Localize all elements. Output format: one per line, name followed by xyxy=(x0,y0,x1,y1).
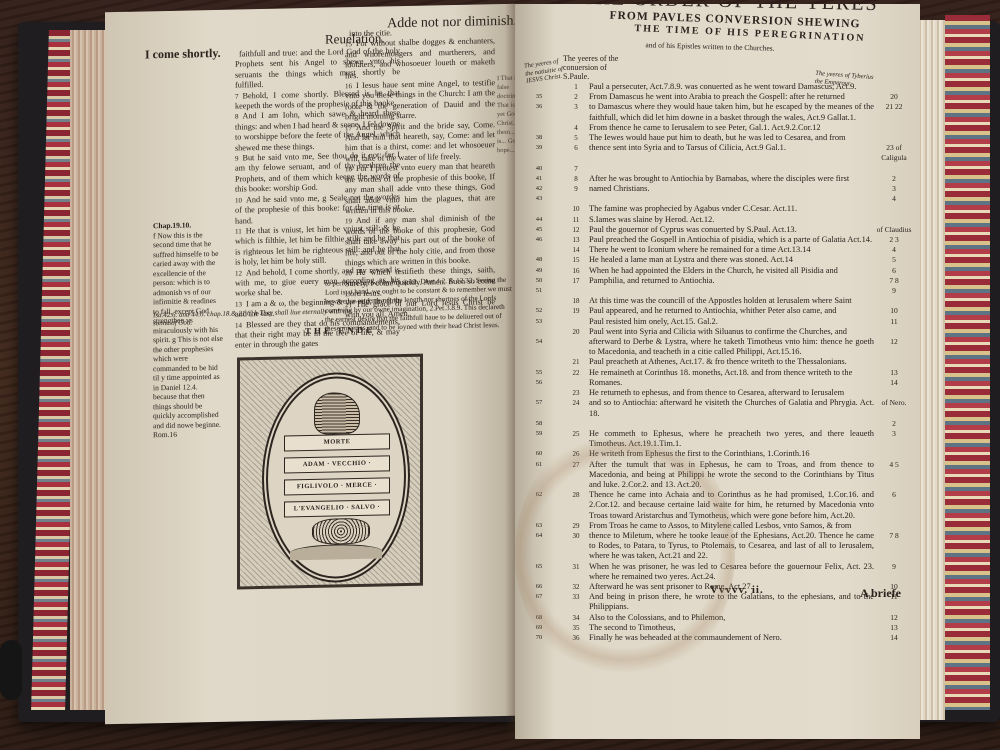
woodcut-ribbon: ADAM · VECCHIO · xyxy=(284,455,390,473)
year-of-christ: 41 xyxy=(515,174,563,184)
table-row: 4From thence he came to Ierusalem to see… xyxy=(515,123,915,133)
column-header-christ-years: The yeeres of the natiuitie of IESVS Chr… xyxy=(524,57,567,85)
year-of-emperor xyxy=(874,204,914,214)
year-of-conversion: 2 xyxy=(563,92,589,102)
event-text: There he went to Iconium where he remain… xyxy=(589,245,874,255)
year-of-christ: 56 xyxy=(515,378,563,388)
year-of-conversion: 14 xyxy=(563,245,589,255)
year-of-emperor: 13 xyxy=(874,623,914,633)
year-of-emperor: 14 xyxy=(874,633,914,643)
verse: 18For I protest vnto euery man that hear… xyxy=(345,161,495,216)
event-text: named Christians. xyxy=(589,184,874,194)
catchword: A briefe xyxy=(860,586,901,601)
year-of-christ: 58 xyxy=(515,419,563,429)
table-row: 4916When he had appointed the Elders in … xyxy=(515,266,915,276)
woodcut-ribbon: L'EVANGELIO · SALVO · xyxy=(284,499,390,517)
right-page: THE ORDER OF THE YERES FROM PAVLES CONVE… xyxy=(515,4,920,739)
year-of-conversion: 9 xyxy=(563,184,589,194)
year-of-conversion xyxy=(563,286,589,296)
year-of-emperor: 7 8 xyxy=(874,531,914,562)
year-of-emperor: 13 xyxy=(874,368,914,378)
event-text: and so to Antiochia: afterward he visite… xyxy=(589,398,874,418)
year-of-christ xyxy=(515,123,563,133)
event-text: He returneth to ephesus, and from thence… xyxy=(589,388,874,398)
object-corner xyxy=(0,640,22,700)
year-of-christ: 45 xyxy=(515,225,563,235)
year-of-emperor: 3 xyxy=(874,184,914,194)
year-of-christ: 38 xyxy=(515,133,563,143)
page-subtitle-3: and of his Epistles written to the Churc… xyxy=(610,39,810,53)
year-of-emperor: of Nero. xyxy=(874,398,914,418)
left-page: I come shortly. Reuelation. Adde not nor… xyxy=(105,4,515,725)
year-of-christ: 57 xyxy=(515,398,563,418)
year-of-emperor: 12 xyxy=(874,613,914,623)
year-of-christ: 39 xyxy=(515,143,563,163)
year-of-conversion: 12 xyxy=(563,225,589,235)
year-of-emperor xyxy=(874,327,914,337)
table-row: 385The Iewes would haue put him to death… xyxy=(515,133,915,143)
table-row: 5017Pamphilia, and returned to Antiochia… xyxy=(515,276,915,286)
woodcut-ribbon: MORTE xyxy=(284,433,390,451)
lamb-icon xyxy=(312,518,370,545)
year-of-emperor: 12 xyxy=(874,337,914,357)
event-text: thence sent into Syria and to Tarsus of … xyxy=(589,143,874,163)
year-of-christ: 48 xyxy=(515,255,563,265)
year-of-christ: 42 xyxy=(515,184,563,194)
year-of-conversion xyxy=(563,378,589,388)
year-of-conversion: 22 xyxy=(563,368,589,378)
year-of-christ xyxy=(515,82,563,92)
event-text: Paul appeared, and he returned to Antioc… xyxy=(589,306,874,316)
year-of-conversion xyxy=(563,337,589,357)
year-of-emperor: 2 xyxy=(874,419,914,429)
year-of-christ: 53 xyxy=(515,317,563,327)
year-of-conversion: 1 xyxy=(563,82,589,92)
margin-note-text: f Now this is the second time that he su… xyxy=(153,229,223,439)
table-row: 434 xyxy=(515,194,915,204)
year-of-christ xyxy=(515,204,563,214)
year-of-conversion xyxy=(563,194,589,204)
year-of-christ: 54 xyxy=(515,337,563,357)
table-row: 53Paul resisted him onely, Act.15. Gal.2… xyxy=(515,317,915,327)
year-of-conversion: 18 xyxy=(563,296,589,306)
year-of-emperor: 4 xyxy=(874,245,914,255)
year-of-emperor: 4 5 xyxy=(874,460,914,491)
event-text: At this time was the councill of the App… xyxy=(589,296,874,306)
table-row: 4512Paul the gouernor of Cyprus was conu… xyxy=(515,225,915,235)
ground-mound xyxy=(290,543,382,560)
year-of-conversion: 6 xyxy=(563,143,589,163)
woodcut-oval-frame: MORTE ADAM · VECCHIO · FIGLIVOLO · MERCE… xyxy=(262,371,410,584)
table-row: 4815He healed a lame man at Lystra and t… xyxy=(515,255,915,265)
verse: 17And the Spirit and the bride say, Come… xyxy=(345,120,495,165)
event-text: Romanes. xyxy=(589,378,874,388)
woodcut-ribbon: FIGLIVOLO · MERCE · xyxy=(284,477,390,495)
margin-note: Chap.19.10. f Now this is the second tim… xyxy=(153,220,223,440)
year-of-emperor: 3 xyxy=(874,429,914,449)
table-row: 5724and so to Antiochia: afterward he vi… xyxy=(515,398,915,418)
table-row: 418After he was brought to Antiochia by … xyxy=(515,174,915,184)
year-of-emperor xyxy=(874,449,914,459)
year-of-christ: 35 xyxy=(515,92,563,102)
year-of-emperor xyxy=(874,521,914,531)
event-text: After he was brought to Antiochia by Bar… xyxy=(589,174,874,184)
year-of-christ xyxy=(515,357,563,367)
year-of-emperor: 9 xyxy=(874,562,914,582)
year-of-emperor: 11 xyxy=(874,317,914,327)
year-of-emperor: 4 xyxy=(874,194,914,204)
year-of-christ: 49 xyxy=(515,266,563,276)
table-row: 352From Damascus he went into Arabia to … xyxy=(515,92,915,102)
year-of-emperor: 6 xyxy=(874,490,914,521)
year-of-conversion: 3 xyxy=(563,102,589,122)
year-of-emperor xyxy=(874,296,914,306)
event-text xyxy=(589,286,874,296)
year-of-christ: 50 xyxy=(515,276,563,286)
table-row: 18At this time was the councill of the A… xyxy=(515,296,915,306)
table-row: 21Paul preacheth at Athenes, Act.17. & f… xyxy=(515,357,915,367)
event-text: Paul went into Syria and Cilicia with Si… xyxy=(589,327,874,337)
year-of-conversion: 15 xyxy=(563,255,589,265)
year-of-conversion: 16 xyxy=(563,266,589,276)
event-text: From Damascus he went into Arabia to pre… xyxy=(589,92,874,102)
year-of-christ: 40 xyxy=(515,164,563,174)
year-of-conversion xyxy=(563,419,589,429)
water-stain xyxy=(515,424,735,684)
verse: 15For without shalbe dogges & enchanters… xyxy=(345,37,495,82)
verse: 16I Iesus haue sent mine Angel, to testi… xyxy=(345,78,495,123)
event-text: to Damascus where they would haue taken … xyxy=(589,102,874,122)
table-row: 56Romanes.14 xyxy=(515,378,915,388)
event-text: The Iewes would haue put him to death, b… xyxy=(589,133,874,143)
table-row: 20Paul went into Syria and Cilicia with … xyxy=(515,327,915,337)
year-of-emperor: 2 xyxy=(874,174,914,184)
table-row: 23He returneth to ephesus, and from then… xyxy=(515,388,915,398)
year-of-christ xyxy=(515,388,563,398)
year-of-christ: 59 xyxy=(515,429,563,449)
verse: 19And if any man shal diminish of the wo… xyxy=(345,213,495,268)
table-row: 519 xyxy=(515,286,915,296)
table-row: 10The famine was prophecied by Agabus vn… xyxy=(515,204,915,214)
year-of-christ xyxy=(515,245,563,255)
year-of-emperor xyxy=(874,388,914,398)
table-row: 54afterward to Derbe & Lystra, where he … xyxy=(515,337,915,357)
year-of-christ: 52 xyxy=(515,306,563,316)
year-of-conversion: 17 xyxy=(563,276,589,286)
year-of-conversion: 5 xyxy=(563,133,589,143)
year-of-emperor xyxy=(874,357,914,367)
table-row: 4411S.Iames was slaine by Herod. Act.12. xyxy=(515,215,915,225)
year-of-christ xyxy=(515,327,563,337)
year-of-emperor: 20 xyxy=(874,92,914,102)
event-text: Paul preached the Gospell in Antiochia o… xyxy=(589,235,874,245)
event-text xyxy=(589,164,874,174)
event-text: afterward to Derbe & Lystra, where he ta… xyxy=(589,337,874,357)
marbled-endpaper-right xyxy=(945,15,990,710)
year-of-conversion: 13 xyxy=(563,235,589,245)
year-of-christ xyxy=(515,296,563,306)
year-of-emperor: 23 of Caligula xyxy=(874,143,914,163)
year-of-emperor: 7 8 xyxy=(874,276,914,286)
year-of-conversion: 23 xyxy=(563,388,589,398)
table-row: 4613Paul preached the Gospell in Antioch… xyxy=(515,235,915,245)
year-of-emperor: 10 xyxy=(874,306,914,316)
year-of-conversion: 10 xyxy=(563,204,589,214)
year-of-conversion: 4 xyxy=(563,123,589,133)
year-of-emperor xyxy=(874,215,914,225)
year-of-christ: 55 xyxy=(515,368,563,378)
table-row: 407 xyxy=(515,164,915,174)
event-text xyxy=(589,194,874,204)
event-text: When he had appointed the Elders in the … xyxy=(589,266,874,276)
year-of-emperor xyxy=(874,164,914,174)
event-text: Paul the gouernor of Cyprus was conuerte… xyxy=(589,225,874,235)
year-of-conversion: 20 xyxy=(563,327,589,337)
year-of-christ: 43 xyxy=(515,194,563,204)
column-header-conversion-years: The yeeres of the conuersion of S.Paule. xyxy=(563,54,623,81)
table-row: 582 xyxy=(515,419,915,429)
year-of-conversion: 19 xyxy=(563,306,589,316)
event-text: Paul a persecuter, Act.7.8.9. was conuer… xyxy=(589,82,874,92)
year-of-emperor: 2 3 xyxy=(874,235,914,245)
year-of-emperor xyxy=(874,133,914,143)
year-of-emperor: 5 xyxy=(874,255,914,265)
event-text: S.Iames was slaine by Herod. Act.12. xyxy=(589,215,874,225)
year-of-christ: 51 xyxy=(515,286,563,296)
table-row: 5219Paul appeared, and he returned to An… xyxy=(515,306,915,316)
year-of-conversion: 21 xyxy=(563,357,589,367)
printers-device-woodcut: MORTE ADAM · VECCHIO · FIGLIVOLO · MERCE… xyxy=(237,354,423,590)
event-text: Paul resisted him onely, Act.15. Gal.2. xyxy=(589,317,874,327)
year-of-conversion: 11 xyxy=(563,215,589,225)
year-of-emperor: 21 22 xyxy=(874,102,914,122)
the-end-label: THE ENDE xyxy=(305,325,375,336)
year-of-emperor: 6 xyxy=(874,266,914,276)
event-text: He remaineth at Corinthus 18. moneths, A… xyxy=(589,368,874,378)
event-text: He healed a lame man at Lystra and there… xyxy=(589,255,874,265)
year-of-christ: 36 xyxy=(515,102,563,122)
year-of-emperor: of Claudius xyxy=(874,225,914,235)
event-text: Pamphilia, and returned to Antiochia. xyxy=(589,276,874,286)
year-of-emperor xyxy=(874,123,914,133)
table-row: 5522He remaineth at Corinthus 18. moneth… xyxy=(515,368,915,378)
year-of-emperor: 14 xyxy=(874,378,914,388)
table-row: 14There he went to Iconium where he rema… xyxy=(515,245,915,255)
animal-head-icon xyxy=(314,392,360,435)
table-row: 396thence sent into Syria and to Tarsus … xyxy=(515,143,915,163)
event-text: Paul preacheth at Athenes, Act.17. & fro… xyxy=(589,357,874,367)
table-row: 363to Damascus where they would haue tak… xyxy=(515,102,915,122)
year-of-emperor: 9 xyxy=(874,286,914,296)
year-of-conversion: 8 xyxy=(563,174,589,184)
event-text: The famine was prophecied by Agabus vnde… xyxy=(589,204,874,214)
year-of-conversion xyxy=(563,317,589,327)
table-row: 1Paul a persecuter, Act.7.8.9. was conue… xyxy=(515,82,915,92)
year-of-conversion: 7 xyxy=(563,164,589,174)
year-of-christ: 44 xyxy=(515,215,563,225)
event-text: From thence he came to Ierusalem to see … xyxy=(589,123,874,133)
year-of-christ: 46 xyxy=(515,235,563,245)
year-of-conversion: 24 xyxy=(563,398,589,418)
table-row: 429named Christians.3 xyxy=(515,184,915,194)
running-head-left: I come shortly. xyxy=(145,46,221,63)
year-of-emperor xyxy=(874,82,914,92)
